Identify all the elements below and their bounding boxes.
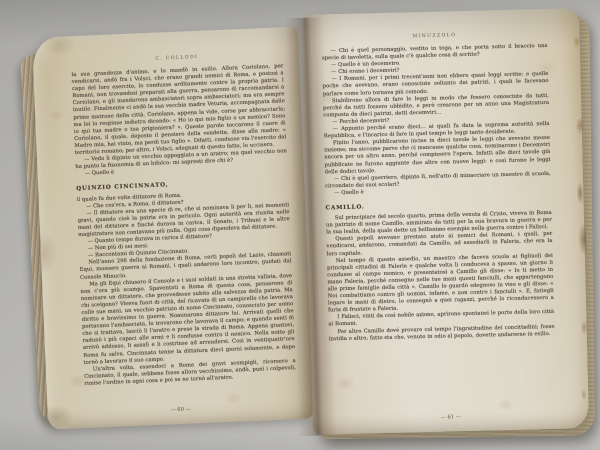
right-page-content: MINUZZOLO — Chi è quel personaggio, vest… <box>321 31 554 343</box>
text-paragraph: Finito l'anno, pubblicarono incise in di… <box>324 135 551 176</box>
page-number-left: — 60 — <box>48 401 314 418</box>
running-head-left: C. COLLODI <box>71 51 283 65</box>
page-number-right: — 61 — <box>313 411 589 424</box>
left-page-text: la sua grandezza d'animo, e lo mandò in … <box>71 63 296 388</box>
text-paragraph: Nel tempo di questo assedio, un maestro … <box>327 253 554 315</box>
text-paragraph: la sua grandezza d'animo, e lo mandò in … <box>71 63 286 157</box>
running-head-right: MINUZZOLO <box>321 31 547 42</box>
photo-background: C. COLLODI la sua grandezza d'animo, e l… <box>0 0 600 450</box>
left-page-content: C. COLLODI la sua grandezza d'animo, e l… <box>71 51 297 388</box>
right-page-text: — Chi è quel personaggio, vestito in tog… <box>322 43 555 343</box>
open-book: C. COLLODI la sua grandezza d'animo, e l… <box>15 1 588 448</box>
book-page-left: C. COLLODI la sua grandezza d'animo, e l… <box>32 27 314 430</box>
text-paragraph: Ma gli Equi chiusero il Console e i suoi… <box>80 273 295 367</box>
book-page-right: MINUZZOLO — Chi è quel personaggio, vest… <box>303 8 589 435</box>
